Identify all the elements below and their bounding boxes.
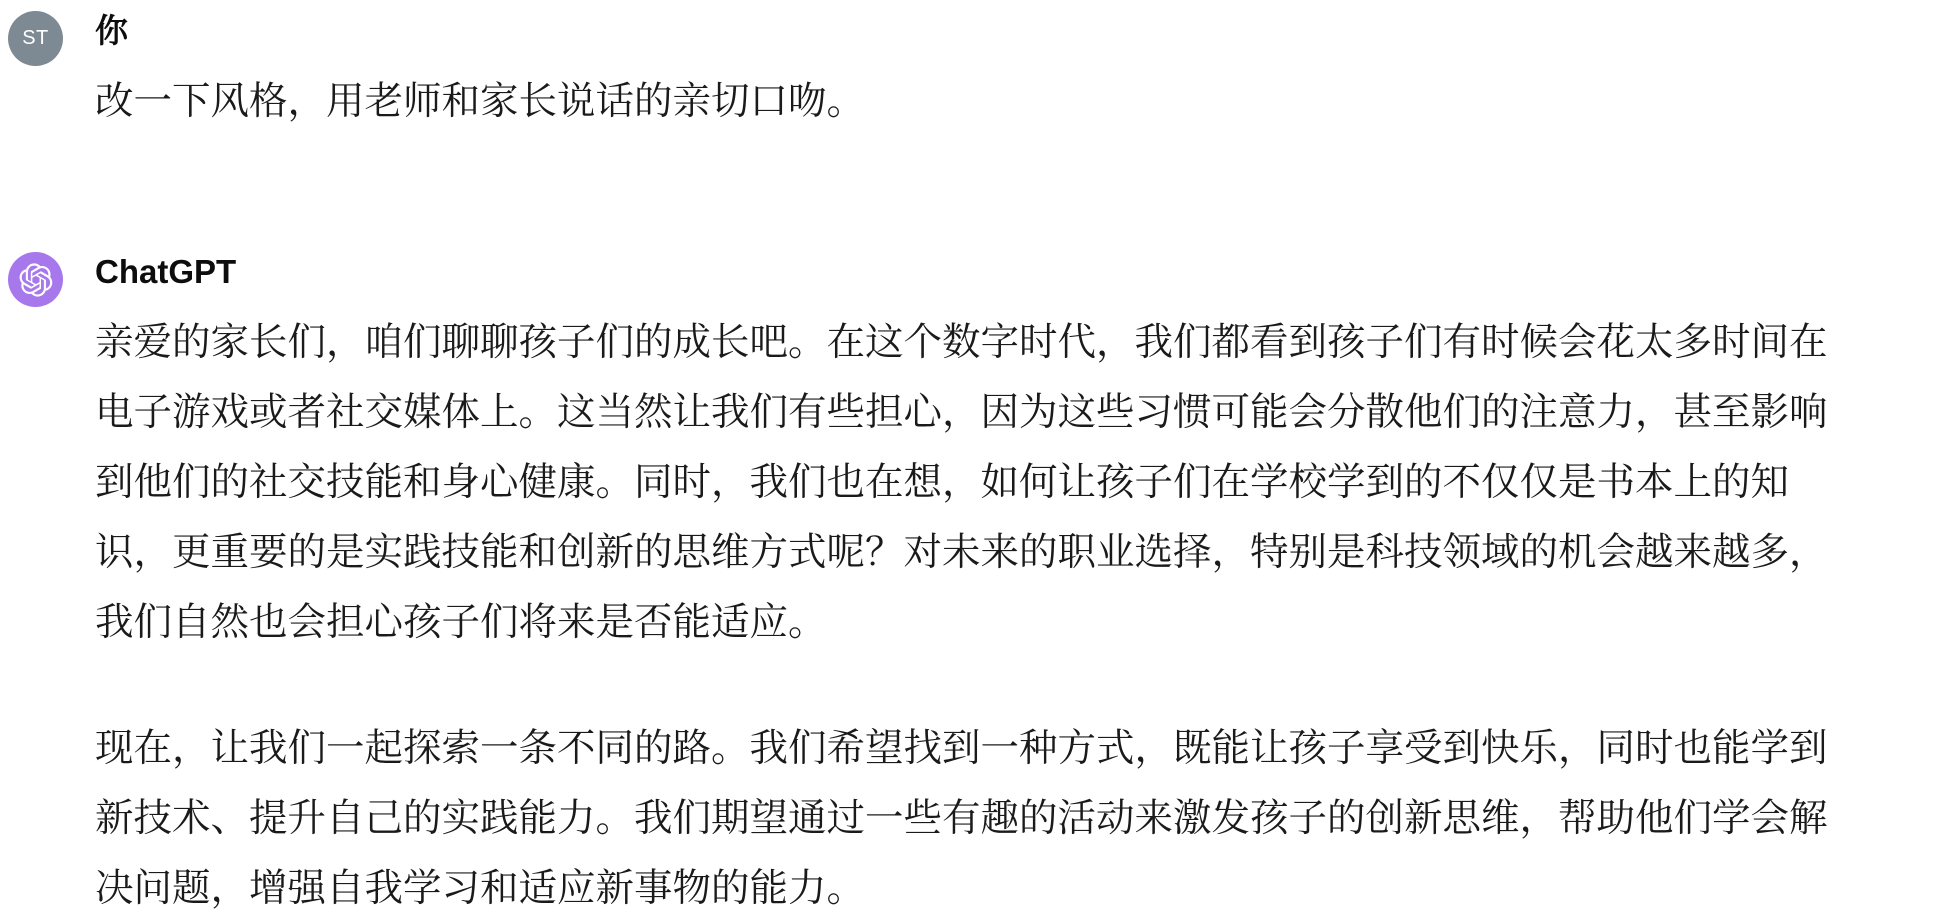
assistant-message-content: ChatGPT 亲爱的家长们，咱们聊聊孩子们的成长吧。在这个数字时代，我们都看到…: [95, 249, 1860, 921]
user-message-paragraph: 改一下风格，用老师和家长说话的亲切口吻。: [95, 67, 1860, 137]
user-message-author: 你: [95, 8, 1860, 54]
user-message-content: 你 改一下风格，用老师和家长说话的亲切口吻。: [95, 8, 1860, 137]
user-avatar-initials: ST: [22, 27, 49, 50]
assistant-message: ChatGPT 亲爱的家长们，咱们聊聊孩子们的成长吧。在这个数字时代，我们都看到…: [8, 249, 1876, 921]
openai-logo-icon: [19, 263, 53, 297]
user-avatar: ST: [8, 11, 63, 66]
chat-thread: ST 你 改一下风格，用老师和家长说话的亲切口吻。 ChatGPT 亲爱的家长们…: [0, 0, 1936, 921]
assistant-message-paragraph: 亲爱的家长们，咱们聊聊孩子们的成长吧。在这个数字时代，我们都看到孩子们有时候会花…: [95, 308, 1860, 658]
chatgpt-avatar: [8, 252, 63, 307]
user-message: ST 你 改一下风格，用老师和家长说话的亲切口吻。: [8, 8, 1876, 137]
assistant-message-author: ChatGPT: [95, 249, 1860, 295]
assistant-message-paragraph: 现在，让我们一起探索一条不同的路。我们希望找到一种方式，既能让孩子享受到快乐，同…: [95, 714, 1860, 921]
